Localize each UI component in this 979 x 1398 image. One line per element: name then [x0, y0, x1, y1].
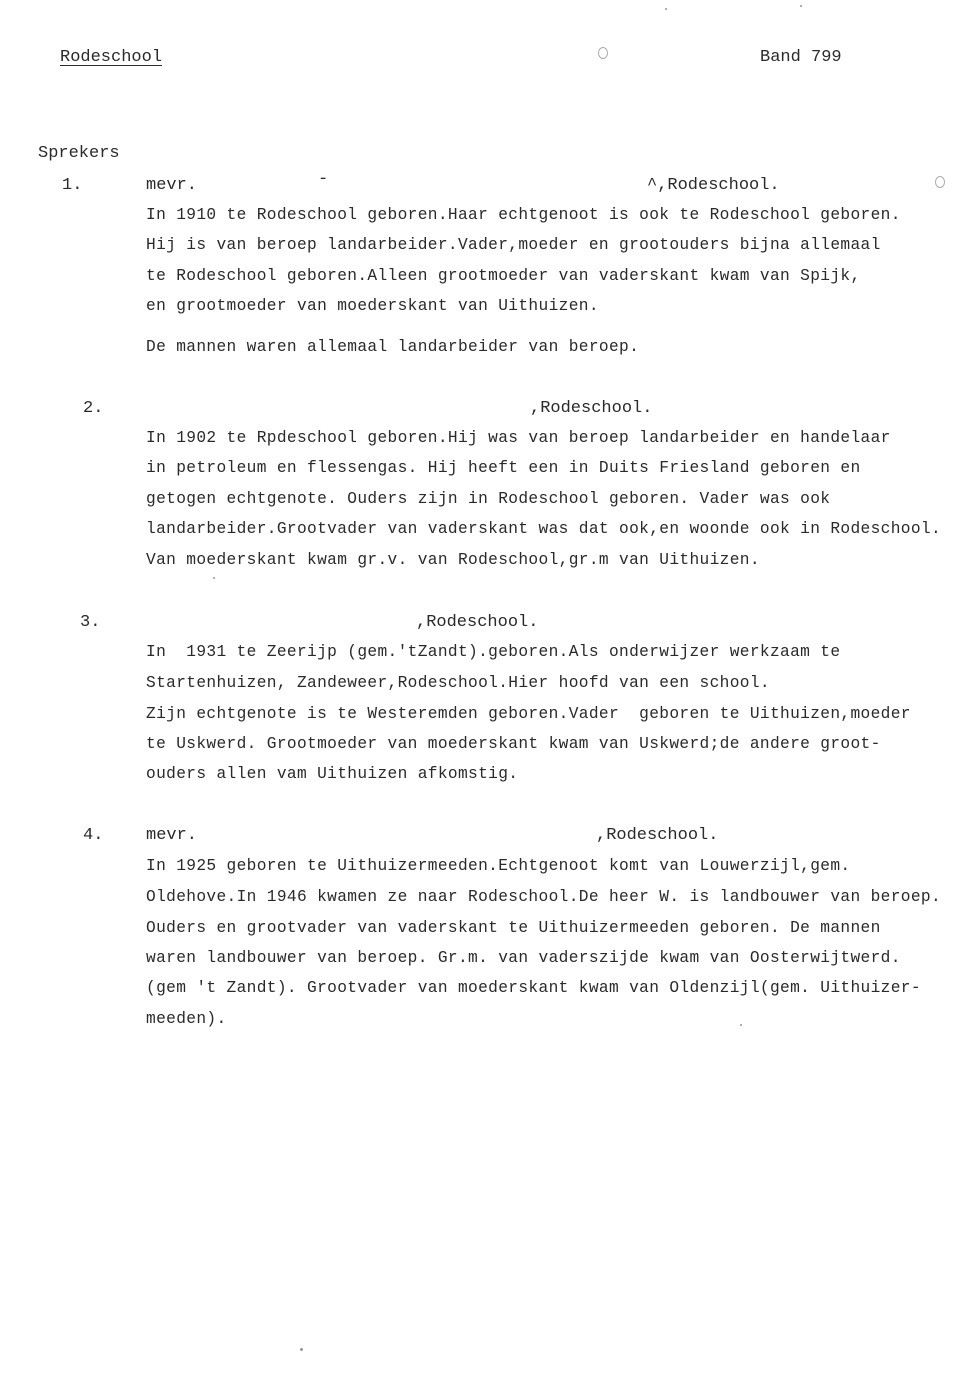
speaker-text-line: Hij is van beroep landarbeider.Vader,moe… [146, 236, 881, 254]
speaker-text-line: en grootmoeder van moederskant van Uithu… [146, 297, 599, 315]
scan-speck [740, 1024, 742, 1026]
speaker-place: ,Rodeschool. [530, 399, 652, 418]
speaker-text-line: Van moederskant kwam gr.v. van Rodeschoo… [146, 551, 760, 569]
speaker-text-line: In 1910 te Rodeschool geboren.Haar echtg… [146, 206, 901, 224]
speaker-text-line: Oldehove.In 1946 kwamen ze naar Rodescho… [146, 888, 941, 906]
speaker-text-line: In 1902 te Rpdeschool geboren.Hij was va… [146, 429, 891, 447]
speaker-title: mevr. [146, 826, 197, 845]
speaker-place: ,Rodeschool. [416, 613, 538, 632]
section-title: Sprekers [38, 144, 120, 163]
scan-speck [213, 577, 215, 579]
speaker-text-line: In 1931 te Zeerijp (gem.'tZandt).geboren… [146, 643, 840, 661]
speaker-text-line: Zijn echtgenote is te Westeremden gebore… [146, 705, 911, 723]
document-location-heading: Rodeschool [60, 48, 162, 67]
speaker-text-line: waren landbouwer van beroep. Gr.m. van v… [146, 949, 901, 967]
speaker-text-line: landarbeider.Grootvader van vaderskant w… [146, 520, 941, 538]
speaker-number: 1. [62, 176, 82, 195]
scan-speck [665, 8, 667, 10]
speaker-title: mevr. [146, 176, 197, 195]
speaker-number: 4. [83, 826, 103, 845]
speaker-number: 2. [83, 399, 103, 418]
speaker-text-line: Startenhuizen, Zandeweer,Rodeschool.Hier… [146, 674, 770, 692]
speaker-text-line: ouders allen vam Uithuizen afkomstig. [146, 765, 518, 783]
scan-artifact-icon [598, 47, 608, 59]
speaker-text-line: De mannen waren allemaal landarbeider va… [146, 338, 639, 356]
scan-speck [800, 5, 802, 7]
speaker-text-line: in petroleum en flessengas. Hij heeft ee… [146, 459, 861, 477]
speaker-text-line: getogen echtgenote. Ouders zijn in Rodes… [146, 490, 830, 508]
scan-speck [300, 1348, 303, 1351]
scan-artifact-icon [935, 176, 945, 188]
band-number: Band 799 [760, 48, 842, 67]
speaker-place: ^,Rodeschool. [647, 176, 780, 195]
speaker-text-line: te Rodeschool geboren.Alleen grootmoeder… [146, 267, 861, 285]
redaction-mark: - [318, 170, 328, 189]
speaker-text-line: Ouders en grootvader van vaderskant te U… [146, 919, 881, 937]
speaker-text-line: meeden). [146, 1010, 227, 1028]
speaker-text-line: te Uskwerd. Grootmoeder van moederskant … [146, 735, 881, 753]
speaker-text-line: In 1925 geboren te Uithuizermeeden.Echtg… [146, 857, 851, 875]
speaker-place: ,Rodeschool. [596, 826, 718, 845]
speaker-text-line: (gem 't Zandt). Grootvader van moederska… [146, 979, 921, 997]
speaker-number: 3. [80, 613, 100, 632]
